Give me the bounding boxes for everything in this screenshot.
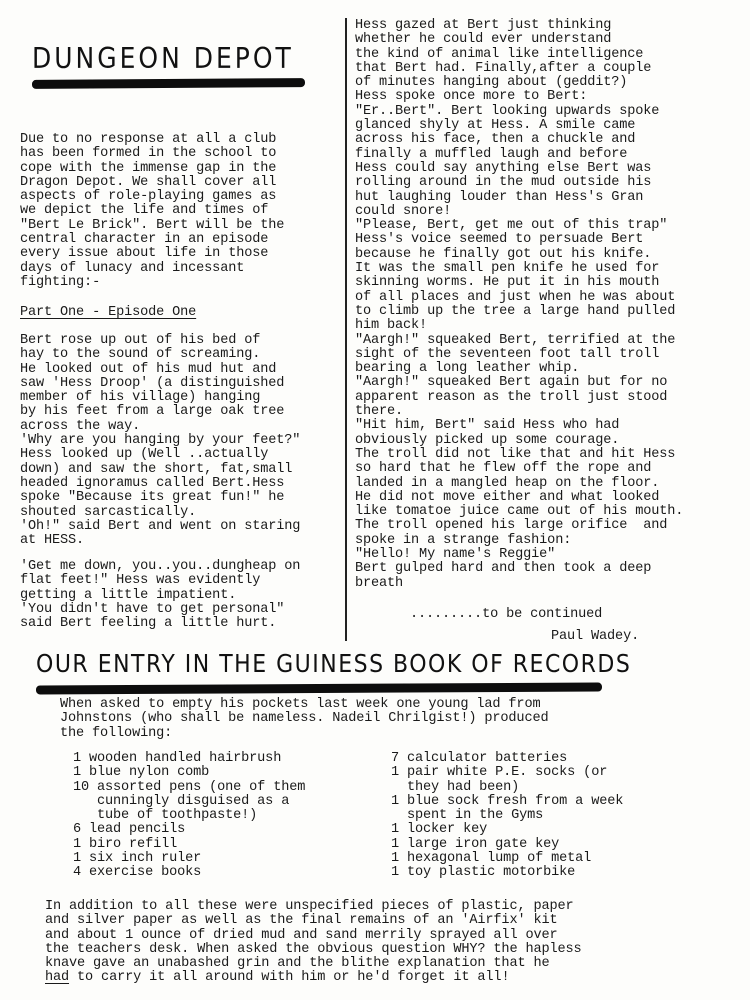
- column-divider: [345, 18, 347, 641]
- pocket-items-list-left: 1 wooden handled hairbrush 1 blue nylon …: [73, 752, 305, 881]
- section-title-guiness-records: OUR ENTRY IN THE GUINESS BOOK OF RECORDS: [36, 650, 631, 679]
- section-title-dungeon-depot: DUNGEON DEPOT: [32, 42, 294, 75]
- records-closing-paragraph: In addition to all these were unspecifie…: [45, 900, 582, 986]
- title-underline-bar: [32, 78, 305, 89]
- story-right-column: Hess gazed at Bert just thinking whether…: [355, 19, 683, 591]
- episode-heading: Part One - Episode One: [20, 306, 196, 320]
- to-be-continued: .........to be continued: [410, 608, 602, 622]
- pocket-items-list-right: 7 calculator batteries 1 pair white P.E.…: [391, 752, 623, 881]
- records-intro-paragraph: When asked to empty his pockets last wee…: [60, 698, 548, 741]
- author-signature: Paul Wadey.: [551, 630, 639, 644]
- emphasis-had: had: [45, 970, 69, 985]
- closing-last-line: to carry it all around with him or he'd …: [69, 970, 509, 985]
- title-underline-bar: [36, 683, 602, 695]
- story-left-column: Bert rose up out of his bed of hay to th…: [20, 334, 300, 548]
- closing-lines: In addition to all these were unspecifie…: [45, 899, 582, 971]
- fanzine-page: DUNGEON DEPOT Due to no response at all …: [0, 0, 750, 1000]
- story-left-column-continued: 'Get me down, you..you..dungheap on flat…: [20, 560, 300, 631]
- intro-paragraph: Due to no response at all a club has bee…: [20, 133, 284, 290]
